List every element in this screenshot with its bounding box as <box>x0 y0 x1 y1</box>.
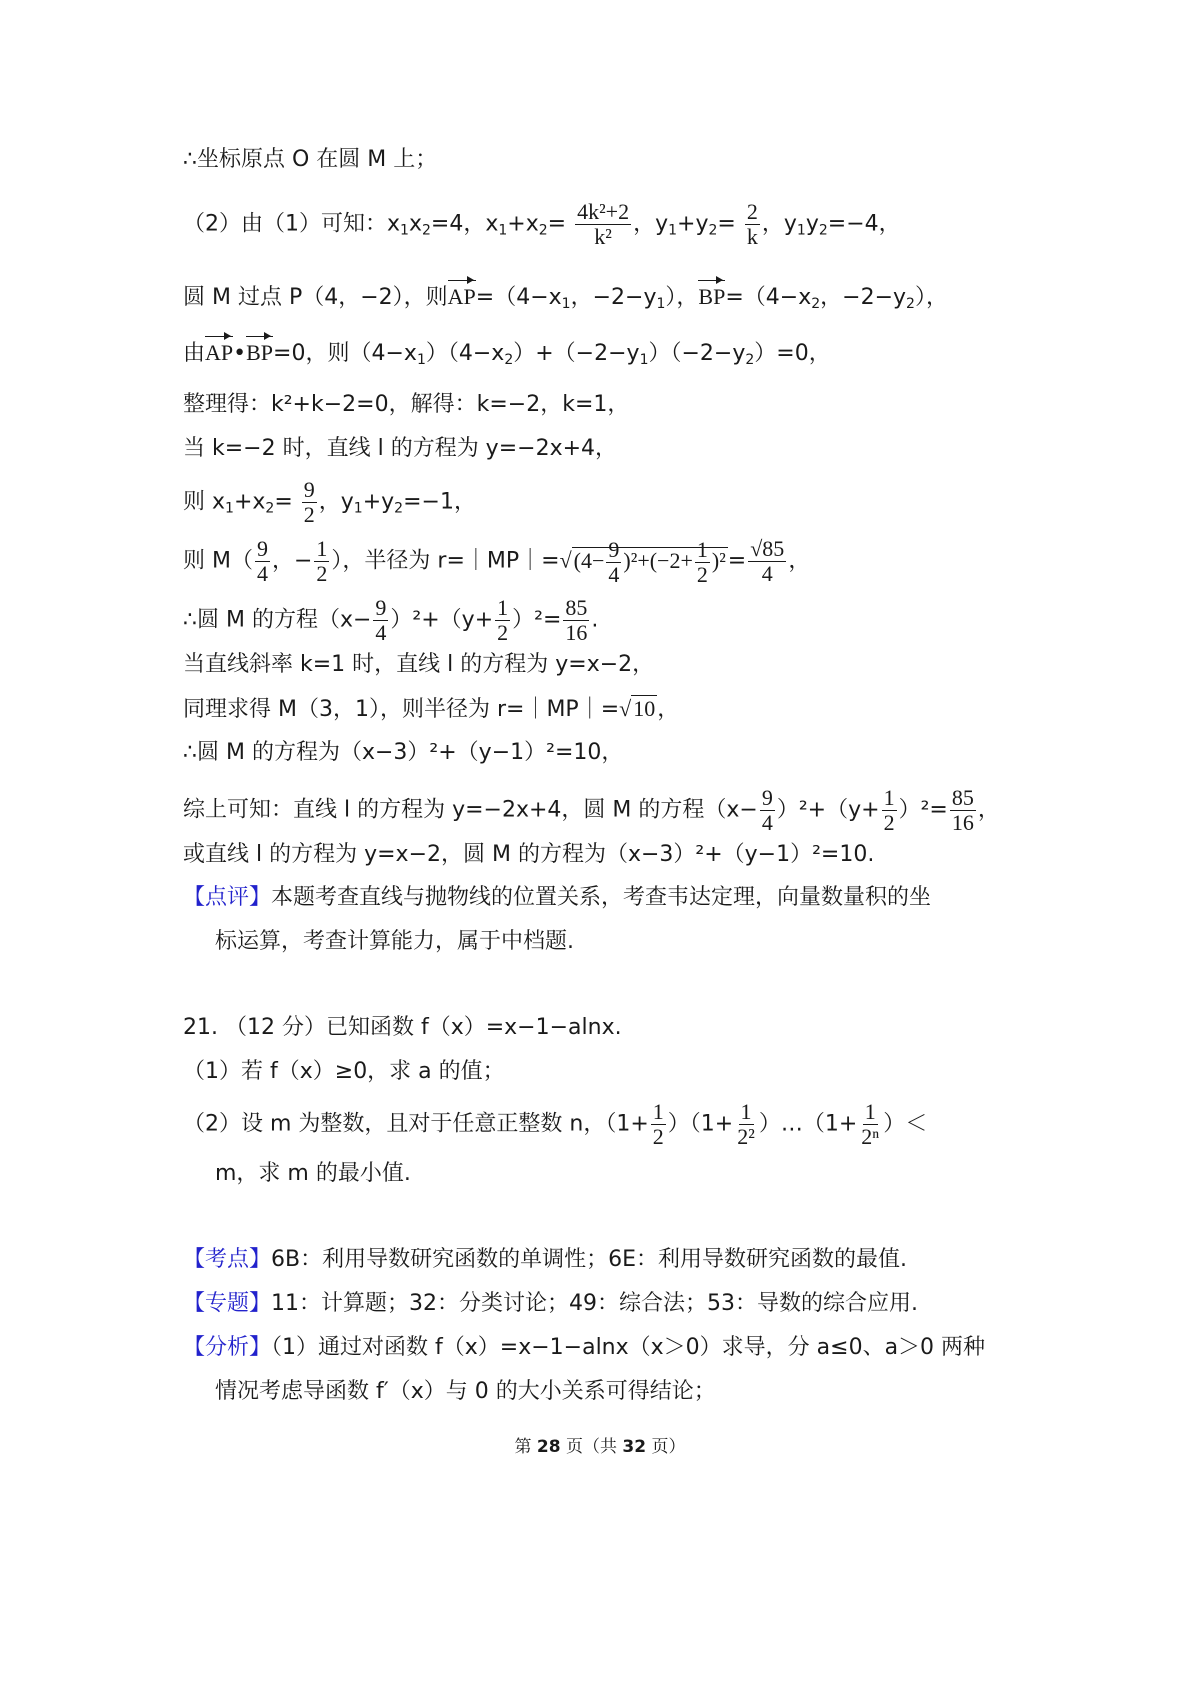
line-text: ，−2−y <box>571 285 657 310</box>
fraction: 12ⁿ <box>859 1100 881 1149</box>
numerator: 1 <box>314 537 329 562</box>
denominator: 2 <box>651 1125 666 1149</box>
line-text: ）²+（y+ <box>390 608 493 633</box>
numerator: 1 <box>651 1100 666 1125</box>
zhuanti-section: 【专题】11：计算题；32：分类讨论；49：综合法；53：导数的综合应用. <box>183 1289 918 1319</box>
fraction: 12 <box>651 1100 666 1149</box>
line-text: （1）通过对函数 f（x）=x−1−alnx（x＞0）求导，分 a≤0、a＞0 … <box>271 1335 985 1360</box>
total-page-count: 32 <box>622 1437 646 1457</box>
line-text: =−1， <box>403 490 476 515</box>
footer-text: 页） <box>646 1437 685 1457</box>
fraction: 94 <box>255 537 270 586</box>
line-text: ）²+（y+ <box>777 798 880 823</box>
line-text: 情况考虑导函数 f′（x）与 0 的大小关系可得结论； <box>215 1379 716 1404</box>
text-line: 综上可知：直线 l 的方程为 y=−2x+4，圆 M 的方程（x−94）²+（y… <box>183 786 1000 835</box>
text-line: 同理求得 M（3，1），则半径为 r=｜MP｜=√10， <box>183 694 679 725</box>
footer-text: 页（共 <box>561 1437 623 1457</box>
text-line: ∴圆 M 的方程为（x−3）²+（y−1）²=10， <box>183 738 623 768</box>
line-text: ∴圆 M 的方程（x− <box>183 608 371 633</box>
line-text: 11：计算题；32：分类讨论；49：综合法；53：导数的综合应用. <box>271 1291 918 1316</box>
radicand: 10 <box>631 695 657 721</box>
line-text: 21. （12 分）已知函数 f（x）=x−1−alnx. <box>183 1015 622 1040</box>
denominator: 2² <box>735 1125 757 1149</box>
text-line: m，求 m 的最小值. <box>215 1159 411 1189</box>
fraction: 12² <box>735 1100 757 1149</box>
line-text: 圆 M 过点 P（4，−2），则 <box>183 285 448 310</box>
fraction: 12 <box>695 538 710 587</box>
fraction: 12 <box>882 786 897 835</box>
line-text: =0，则（4−x <box>273 341 417 366</box>
line-text: 同理求得 M（3，1），则半径为 r=｜MP｜= <box>183 697 619 722</box>
fraction: 94 <box>606 538 621 587</box>
line-text: （2）设 m 为整数，且对于任意正整数 n，（1+ <box>183 1112 649 1137</box>
text-line: 由AP•BP=0，则（4−x1）（4−x2）+（−2−y1）（−2−y2）=0， <box>183 338 831 375</box>
denominator: 4 <box>606 563 621 587</box>
numerator: 1 <box>695 538 710 563</box>
line-text: y <box>806 212 819 237</box>
line-text: =−4， <box>828 212 901 237</box>
line-text: 则 M（ <box>183 549 253 574</box>
fraction: 94 <box>373 596 388 645</box>
line-text: ）…（1+ <box>759 1112 857 1137</box>
line-text: 当直线斜率 k=1 时，直线 l 的方程为 y=x−2， <box>183 652 654 677</box>
numerator: 9 <box>760 786 775 811</box>
numerator: 9 <box>373 596 388 621</box>
line-text: ）（1+ <box>668 1112 733 1137</box>
denominator: 4 <box>373 621 388 645</box>
line-text: =（4−x <box>476 285 562 310</box>
text-line: ∴圆 M 的方程（x−94）²+（y+12）²=8516. <box>183 596 598 645</box>
line-text: = <box>548 212 566 237</box>
text-line: （2）由（1）可知：x1x2=4，x1+x2= 4k²+2k²，y1+y2= 2… <box>183 200 901 249</box>
footer-text: 第 <box>515 1437 537 1457</box>
square-root: √10 <box>619 694 657 724</box>
fraction: 12 <box>314 537 329 586</box>
vector-ap: AP <box>448 282 476 312</box>
line-text: ，y <box>633 212 668 237</box>
line-text: （2）由（1）可知：x <box>183 212 400 237</box>
denominator: 2 <box>314 562 329 586</box>
text-line: 圆 M 过点 P（4，−2），则AP=（4−x1，−2−y1），BP=（4−x2… <box>183 282 948 319</box>
line-text: ）（4−x <box>426 341 504 366</box>
line-text: ，−2−y <box>820 285 906 310</box>
fraction: 2k <box>745 200 760 249</box>
fenxi-section: 【分析】（1）通过对函数 f（x）=x−1−alnx（x＞0）求导，分 a≤0、… <box>183 1333 985 1363</box>
denominator: 16 <box>950 811 976 835</box>
line-text: +y <box>677 212 708 237</box>
text-line: 情况考虑导函数 f′（x）与 0 的大小关系可得结论； <box>215 1377 716 1407</box>
denominator: 16 <box>563 621 589 645</box>
denominator: k² <box>592 225 614 249</box>
question-part-2: （2）设 m 为整数，且对于任意正整数 n，（1+12）（1+12²）…（1+1… <box>183 1100 927 1149</box>
numerator: 85 <box>563 596 589 621</box>
line-text: ），半径为 r=｜MP｜= <box>331 549 559 574</box>
current-page-number: 28 <box>537 1437 561 1457</box>
line-text: ）=0， <box>754 341 830 366</box>
line-text: +x <box>234 490 265 515</box>
kaodian-tag: 【考点】 <box>183 1247 271 1272</box>
line-text: )² <box>712 548 726 573</box>
line-text: 或直线 l 的方程为 y=x−2，圆 M 的方程为（x−3）²+（y−1）²=1… <box>183 842 874 867</box>
line-text: ∴坐标原点 O 在圆 M 上； <box>183 147 437 172</box>
line-text: 标运算，考查计算能力，属于中档题. <box>215 929 574 954</box>
line-text: ）²= <box>512 608 561 633</box>
fraction: 4k²+2k² <box>575 200 631 249</box>
line-text: ）+（−2−y <box>513 341 639 366</box>
line-text: ）， <box>915 285 948 310</box>
question-part-1: （1）若 f（x）≥0，求 a 的值； <box>183 1057 505 1087</box>
numerator: 9 <box>255 537 270 562</box>
vector-ap: AP <box>205 338 233 368</box>
text-line: ∴坐标原点 O 在圆 M 上； <box>183 145 437 175</box>
vector-bp: BP <box>246 338 273 368</box>
denominator: 2 <box>495 621 510 645</box>
line-text: x <box>409 212 422 237</box>
line-text: ∴圆 M 的方程为（x−3）²+（y−1）²=10， <box>183 740 623 765</box>
line-text: ）²= <box>899 798 948 823</box>
comment-section: 【点评】本题考查直线与抛物线的位置关系，考查韦达定理，向量数量积的坐 <box>183 883 931 913</box>
square-root: √(4−94)²+(−2+12)² <box>560 538 728 587</box>
text-line: 当 k=−2 时，直线 l 的方程为 y=−2x+4， <box>183 434 617 464</box>
line-text: （1）若 f（x）≥0，求 a 的值； <box>183 1059 505 1084</box>
numerator: 1 <box>495 596 510 621</box>
line-text: 由 <box>183 341 205 366</box>
text-line: 当直线斜率 k=1 时，直线 l 的方程为 y=x−2， <box>183 650 654 680</box>
line-text: )²+(−2+ <box>623 548 692 573</box>
line-text: +x <box>507 212 538 237</box>
text-line: 则 M（94，−12），半径为 r=｜MP｜=√(4−94)²+(−2+12)²… <box>183 537 810 587</box>
dot-product-icon: • <box>233 341 246 366</box>
line-text: ，− <box>272 549 312 574</box>
numerator: 1 <box>739 1100 754 1125</box>
fraction: √854 <box>748 537 786 586</box>
numerator: 4k²+2 <box>575 200 631 225</box>
fraction: 94 <box>760 786 775 835</box>
kaodian-section: 【考点】6B：利用导数研究函数的单调性；6E：利用导数研究函数的最值. <box>183 1245 907 1275</box>
denominator: 2 <box>302 503 317 527</box>
zhuanti-tag: 【专题】 <box>183 1291 271 1316</box>
denominator: 2ⁿ <box>859 1125 881 1149</box>
line-text: ， <box>657 697 679 722</box>
text-line: 标运算，考查计算能力，属于中档题. <box>215 927 574 957</box>
line-text: ，y <box>762 212 797 237</box>
line-text: ， <box>788 549 810 574</box>
line-text: (4− <box>574 548 605 573</box>
numerator: 1 <box>863 1100 878 1125</box>
denominator: 2 <box>695 563 710 587</box>
line-text: 当 k=−2 时，直线 l 的方程为 y=−2x+4， <box>183 436 617 461</box>
fraction: 8516 <box>950 786 976 835</box>
line-text: +y <box>363 490 394 515</box>
line-text: ）＜ <box>883 1112 927 1137</box>
text-line: 或直线 l 的方程为 y=x−2，圆 M 的方程为（x−3）²+（y−1）²=1… <box>183 840 874 870</box>
radicand: (4−94)²+(−2+12)² <box>572 547 728 573</box>
denominator: 4 <box>255 562 270 586</box>
line-text: 则 x <box>183 490 225 515</box>
numerator: 1 <box>882 786 897 811</box>
line-text: . <box>591 608 598 633</box>
numerator: 9 <box>606 538 621 563</box>
radical-sign-icon: √ <box>560 548 572 573</box>
page-footer: 第 28 页（共 32 页） <box>0 1432 1200 1457</box>
line-text: 本题考查直线与抛物线的位置关系，考查韦达定理，向量数量积的坐 <box>271 885 931 910</box>
numerator: 2 <box>745 200 760 225</box>
line-text: =4，x <box>431 212 498 237</box>
line-text: 整理得：k²+k−2=0，解得：k=−2，k=1， <box>183 392 629 417</box>
denominator: k <box>745 225 760 249</box>
denominator: 4 <box>760 562 775 586</box>
line-text: 6B：利用导数研究函数的单调性；6E：利用导数研究函数的最值. <box>271 1247 907 1272</box>
line-text: = <box>274 490 292 515</box>
question-title: 21. （12 分）已知函数 f（x）=x−1−alnx. <box>183 1013 622 1043</box>
line-text: 综上可知：直线 l 的方程为 y=−2x+4，圆 M 的方程（x− <box>183 798 758 823</box>
line-text: ）（−2−y <box>648 341 745 366</box>
denominator: 4 <box>760 811 775 835</box>
line-text: ， <box>978 798 1000 823</box>
vector-bp: BP <box>698 282 725 312</box>
radical-sign-icon: √ <box>619 696 631 721</box>
numerator: 9 <box>302 478 317 503</box>
line-text: =（4−x <box>725 285 811 310</box>
document-page: ∴坐标原点 O 在圆 M 上； （2）由（1）可知：x1x2=4，x1+x2= … <box>0 0 1200 1698</box>
numerator: 85 <box>950 786 976 811</box>
line-text: ，y <box>319 490 354 515</box>
line-text: m，求 m 的最小值. <box>215 1161 411 1186</box>
line-text: ）， <box>665 285 698 310</box>
comment-tag: 【点评】 <box>183 885 271 910</box>
fraction: 12 <box>495 596 510 645</box>
fraction: 92 <box>302 478 317 527</box>
line-text: = <box>728 549 746 574</box>
fenxi-tag: 【分析】 <box>183 1335 271 1360</box>
numerator: √85 <box>748 537 786 562</box>
fraction: 8516 <box>563 596 589 645</box>
text-line: 则 x1+x2= 92，y1+y2=−1， <box>183 478 476 527</box>
line-text: = <box>717 212 735 237</box>
denominator: 2 <box>882 811 897 835</box>
text-line: 整理得：k²+k−2=0，解得：k=−2，k=1， <box>183 390 629 420</box>
